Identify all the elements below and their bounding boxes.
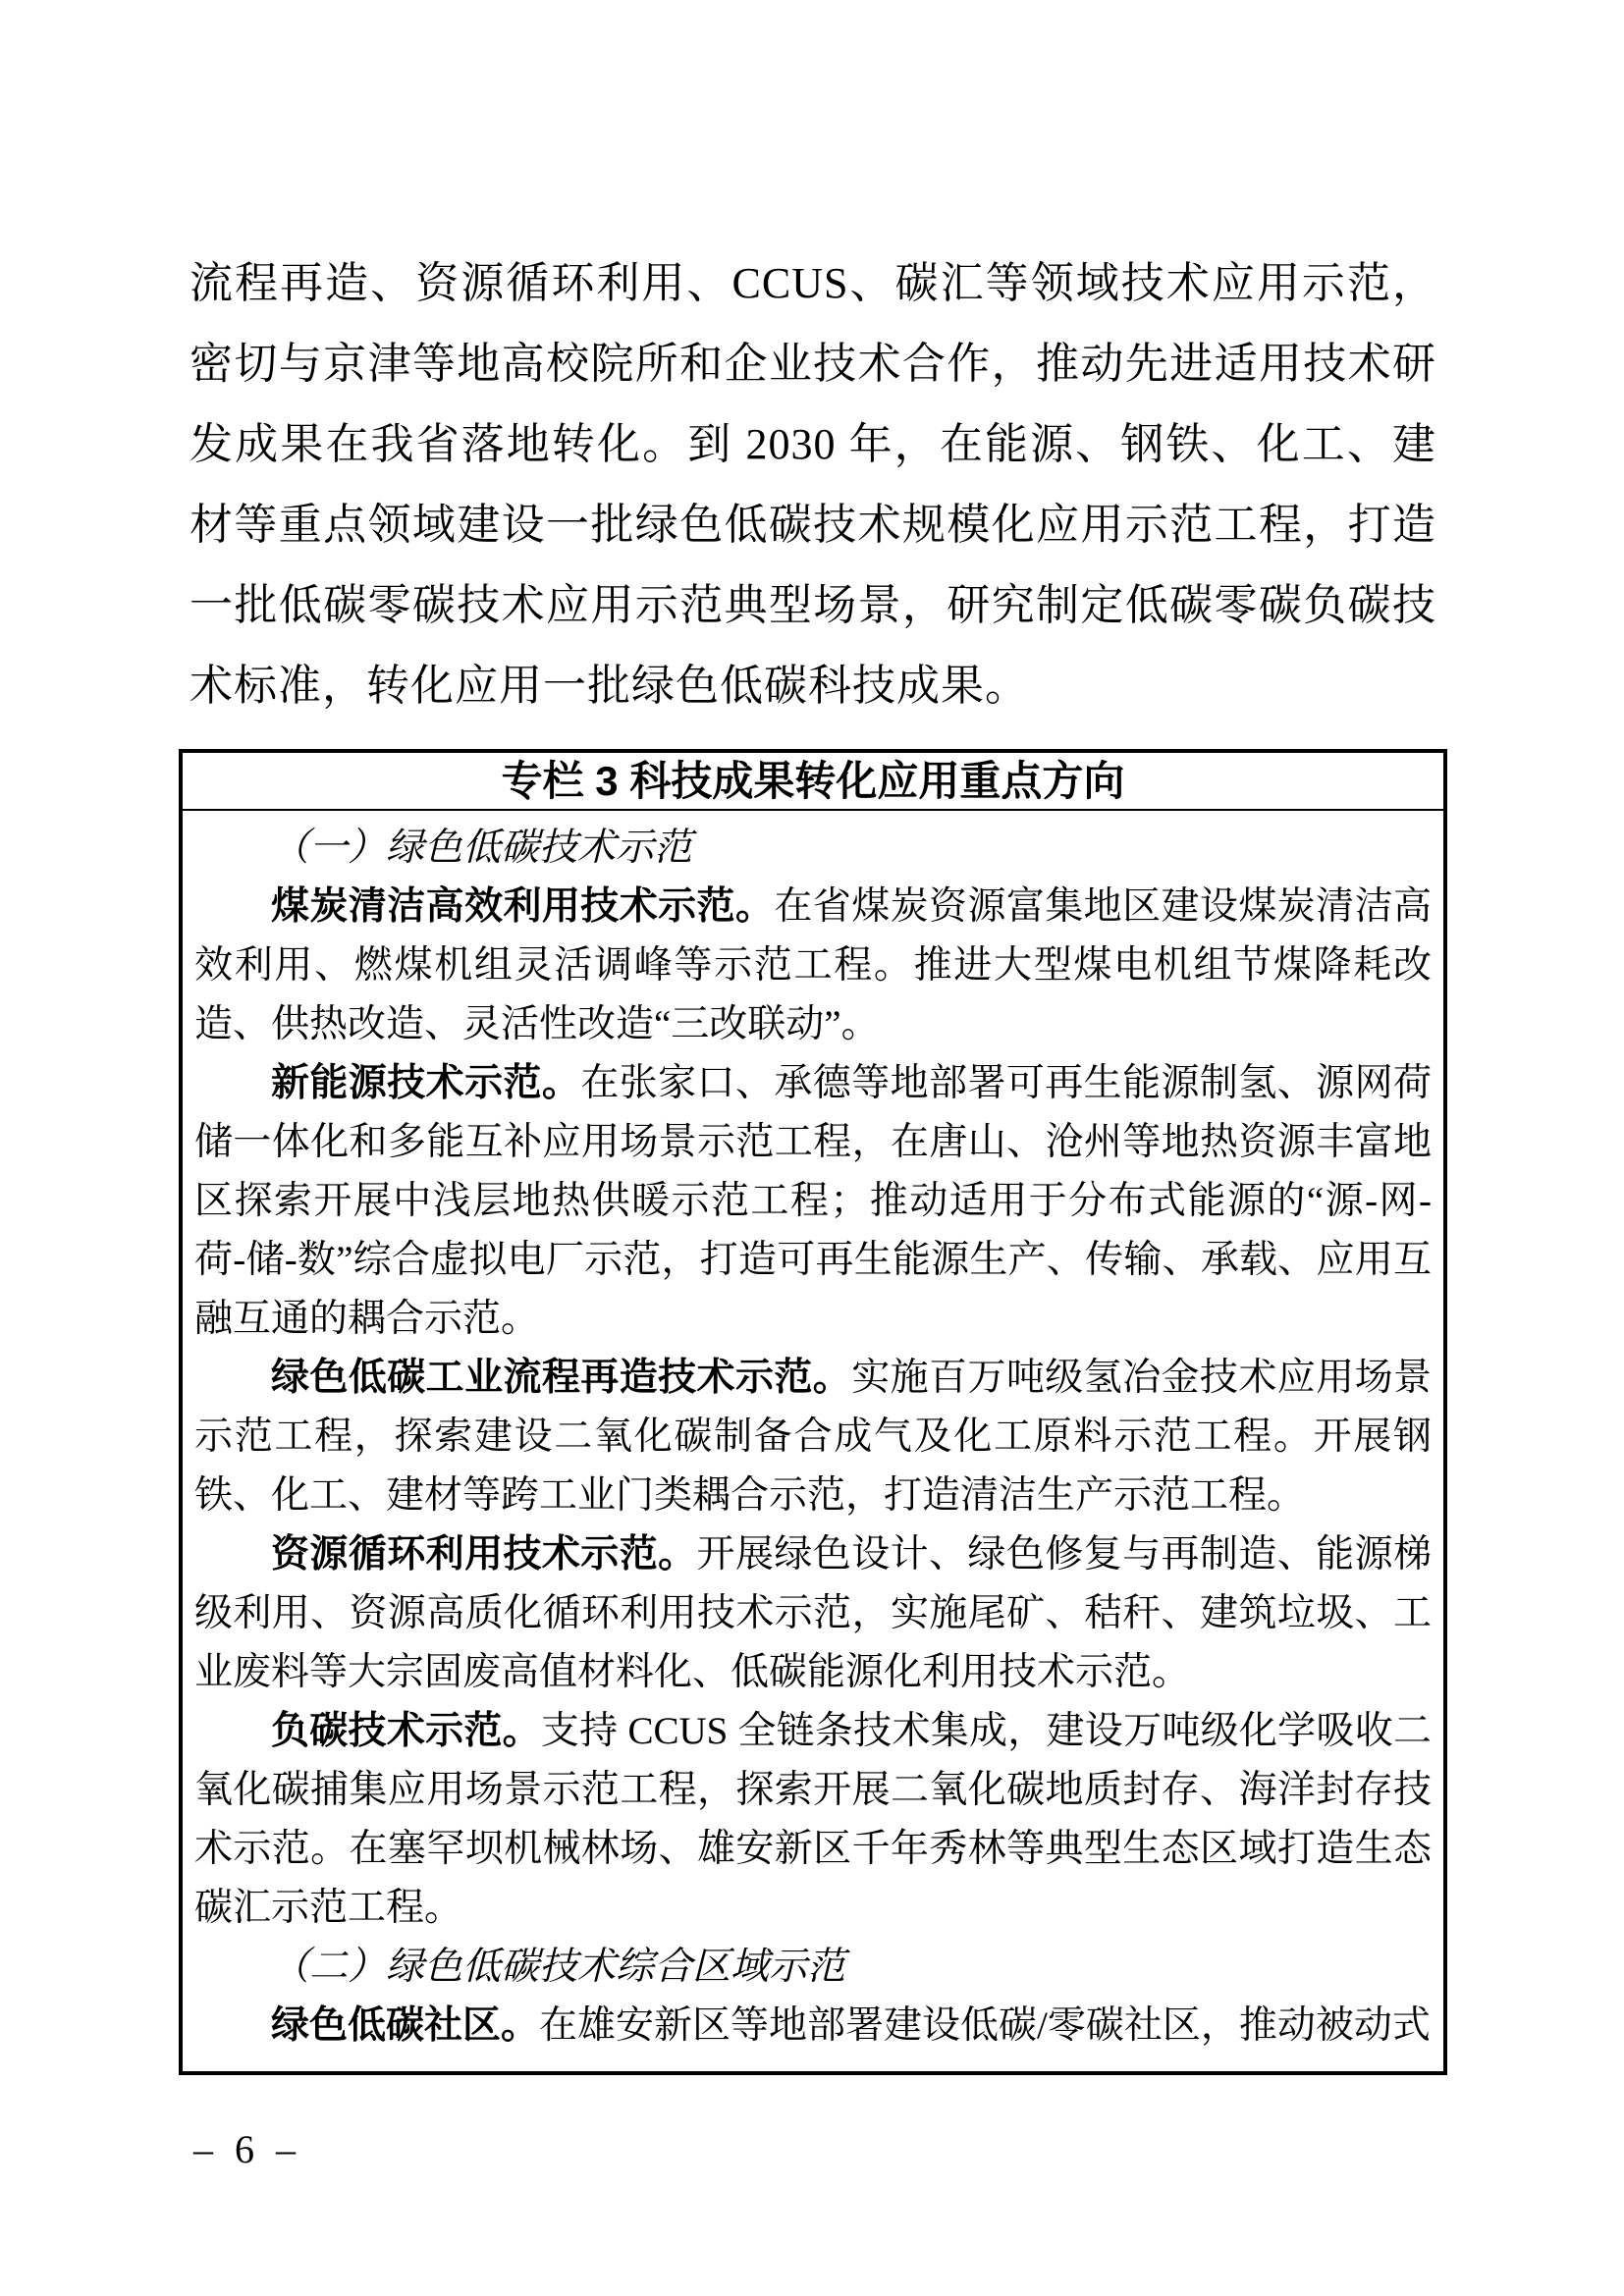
paragraph-lead: 绿色低碳社区。 [271,2004,539,2047]
section-heading-text: （二）绿色低碳技术综合区域示范 [271,1946,845,1988]
box-content: （一）绿色低碳技术示范 煤炭清洁高效利用技术示范。在省煤炭资源富集地区建设煤炭清… [183,811,1443,2071]
section-heading-text: （一）绿色低碳技术示范 [271,827,692,869]
paragraph-lead: 负碳技术示范。 [271,1710,541,1752]
box-paragraph-industry-process: 绿色低碳工业流程再造技术示范。实施百万吨级氢冶金技术应用场景示范工程，探索建设二… [194,1349,1432,1525]
paragraph-lead: 绿色低碳工业流程再造技术示范。 [271,1357,851,1399]
column-3-box: 专栏 3 科技成果转化应用重点方向 （一）绿色低碳技术示范 煤炭清洁高效利用技术… [179,749,1447,2075]
box-paragraph-community: 绿色低碳社区。在雄安新区等地部署建设低碳/零碳社区，推动被动式 [194,1997,1432,2056]
document-page: 流程再造、资源循环利用、CCUS、碳汇等领域技术应用示范，密切与京津等地高校院所… [0,0,1624,2296]
box-section-heading-1: （一）绿色低碳技术示范 [194,819,1432,878]
page-number: – 6 – [193,2128,301,2171]
paragraph-lead: 资源循环利用技术示范。 [271,1533,697,1575]
box-paragraph-new-energy: 新能源技术示范。在张家口、承德等地部署可再生能源制氢、源网荷储一体化和多能互补应… [194,1054,1432,1349]
paragraph-lead: 新能源技术示范。 [271,1062,580,1104]
box-paragraph-negative-carbon: 负碳技术示范。支持 CCUS 全链条技术集成，建设万吨级化学吸收二氧化碳捕集应用… [194,1702,1432,1938]
opening-paragraph: 流程再造、资源循环利用、CCUS、碳汇等领域技术应用示范，密切与京津等地高校院所… [189,0,1436,726]
box-paragraph-resource-recycling: 资源循环利用技术示范。开展绿色设计、绿色修复与再制造、能源梯级利用、资源高质化循… [194,1525,1432,1702]
paragraph-text: 在雄安新区等地部署建设低碳/零碳社区，推动被动式 [539,2004,1431,2047]
box-paragraph-coal: 煤炭清洁高效利用技术示范。在省煤炭资源富集地区建设煤炭清洁高效利用、燃煤机组灵活… [194,878,1432,1054]
box-section-heading-2: （二）绿色低碳技术综合区域示范 [194,1938,1432,1997]
box-title: 专栏 3 科技成果转化应用重点方向 [183,753,1443,811]
paragraph-lead: 煤炭清洁高效利用技术示范。 [271,885,774,928]
